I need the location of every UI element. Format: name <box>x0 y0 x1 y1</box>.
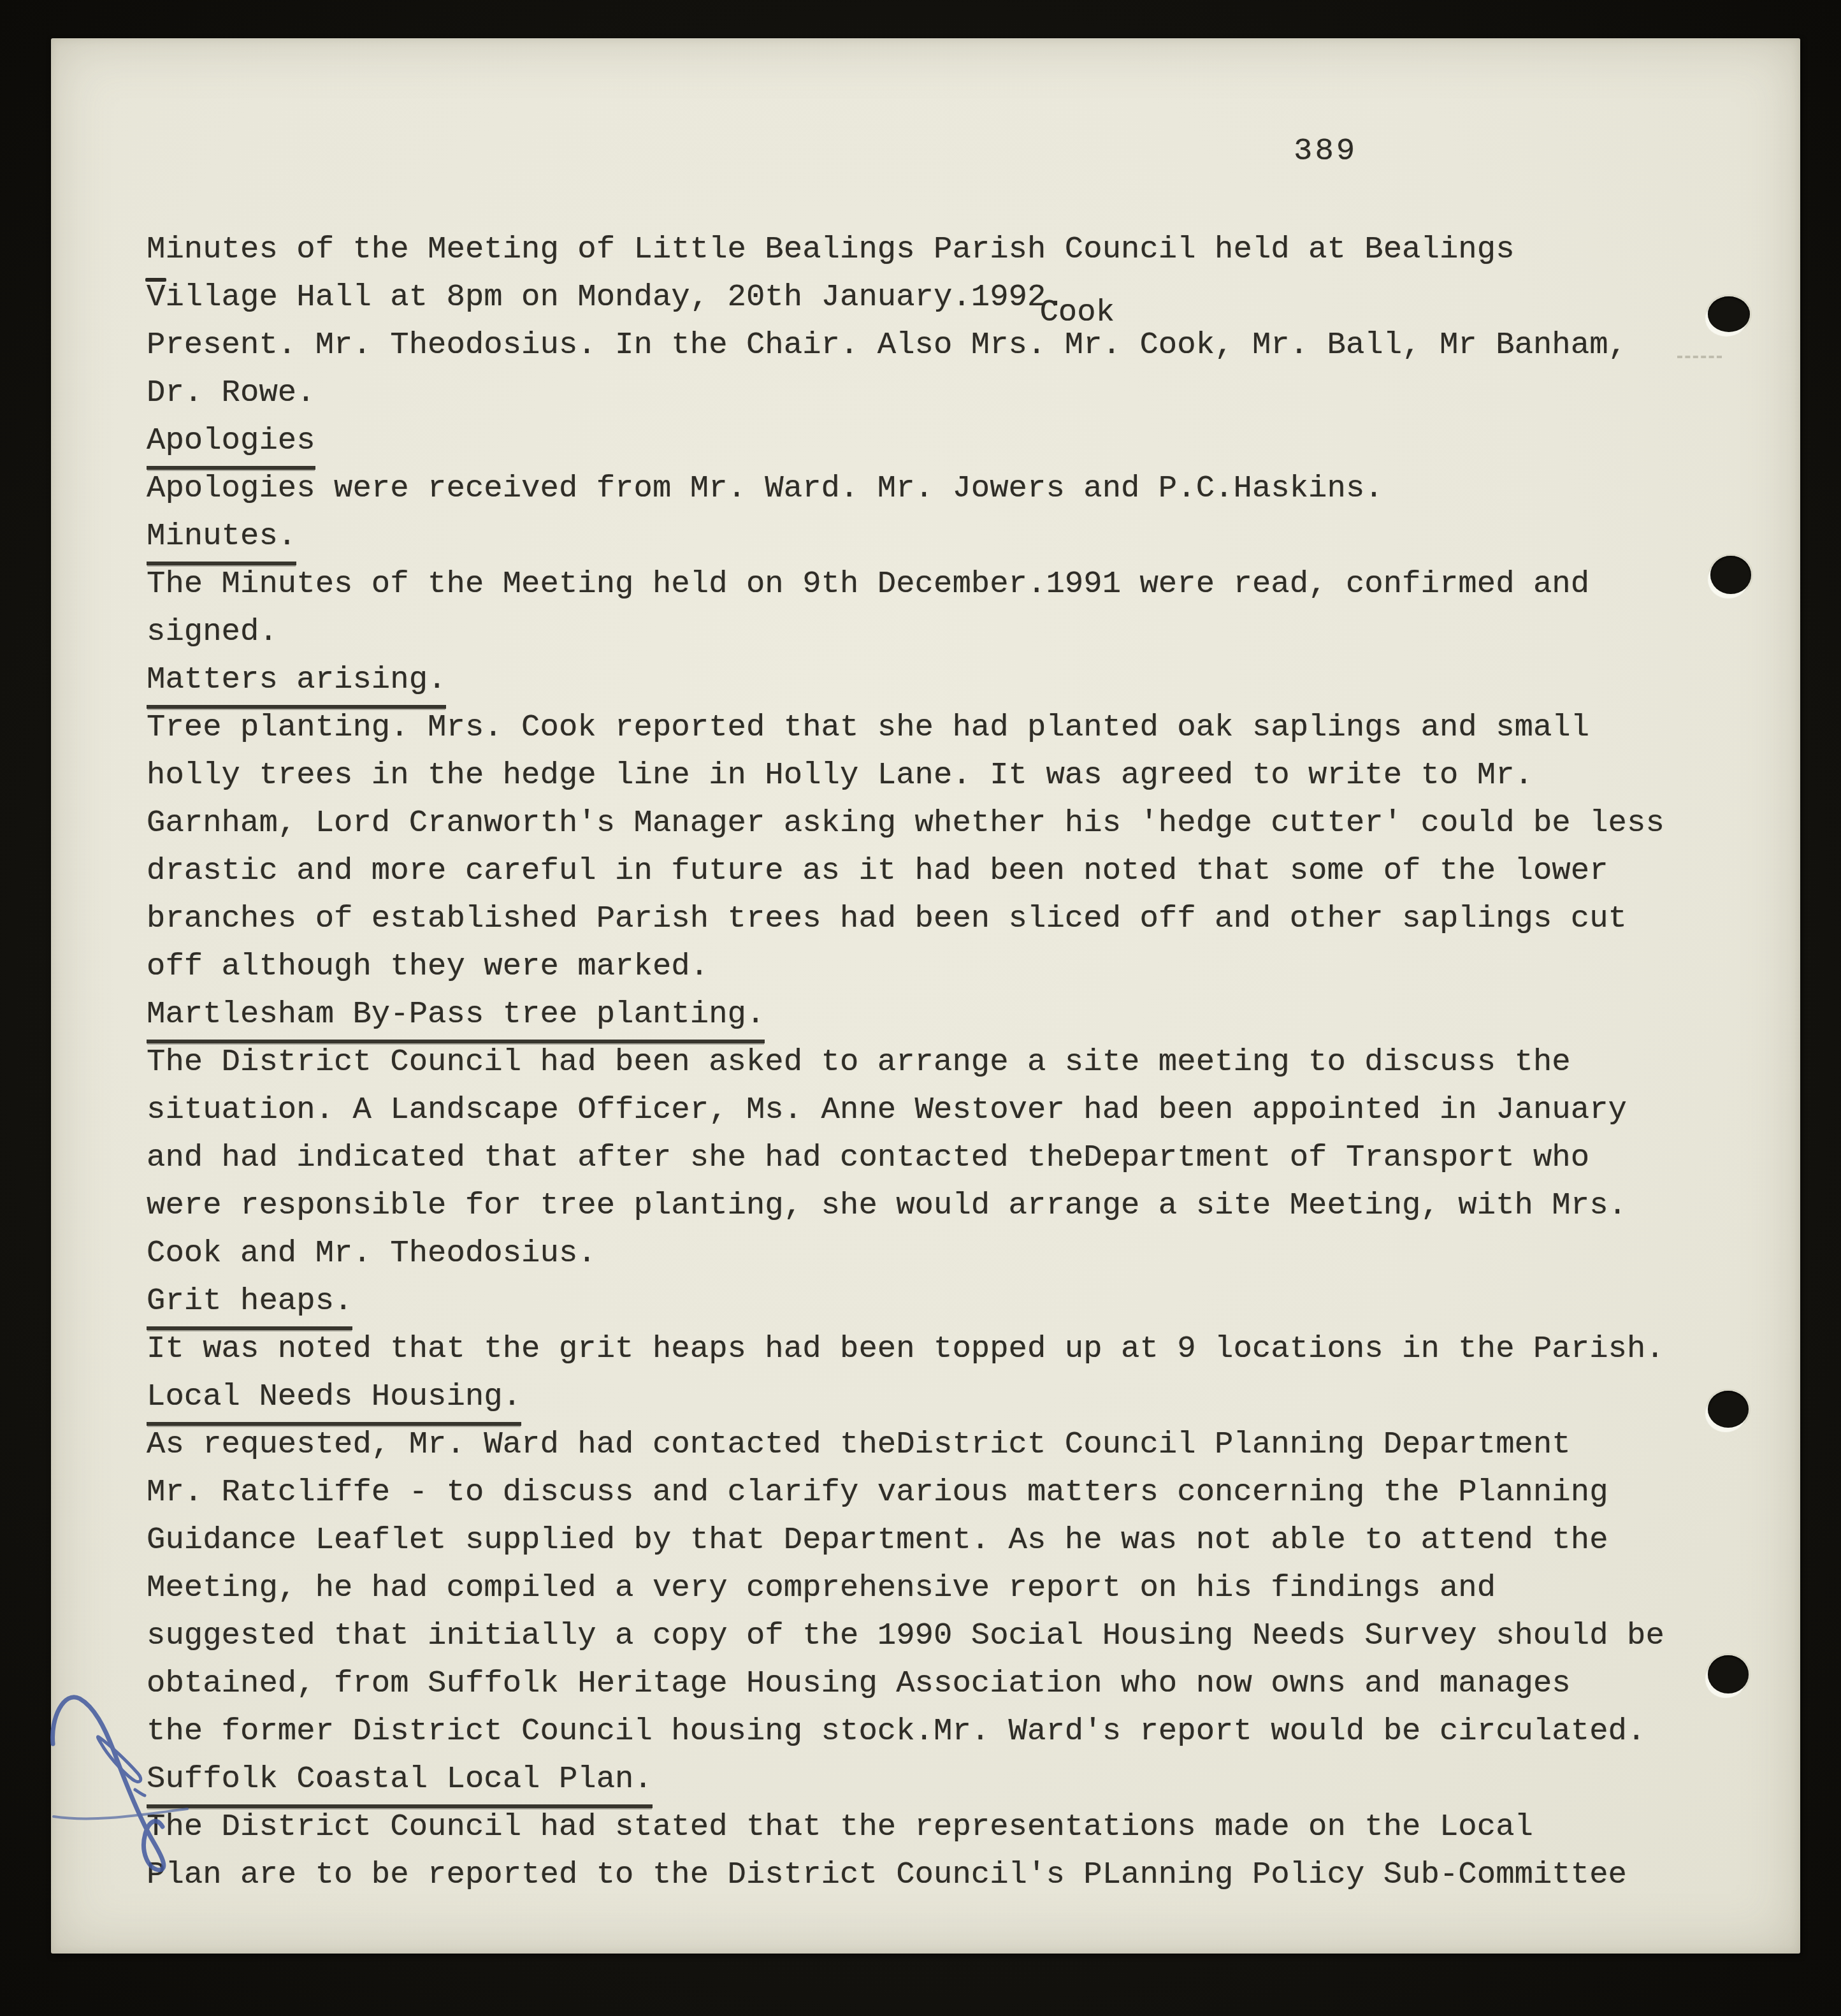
section-heading: Suffolk Coastal Local Plan. <box>147 1755 1752 1803</box>
text-line: obtained, from Suffolk Heritage Housing … <box>147 1660 1752 1708</box>
text-line: Cook and Mr. Theodosius. <box>147 1229 1752 1277</box>
text-line: branches of established Parish trees had… <box>147 895 1752 943</box>
text-line: Plan are to be reported to the District … <box>147 1851 1752 1899</box>
blue-pen-mark <box>51 1683 242 1925</box>
section-heading: Martlesham By-Pass tree planting. <box>147 990 1752 1038</box>
heading-text: Apologies <box>147 417 315 470</box>
heading-text: Minutes. <box>147 512 296 565</box>
text-line: Village Hall at 8pm on Monday, 20th Janu… <box>147 273 1752 321</box>
paper-sheet: 389 Minutes of the Meeting of Little Bea… <box>51 38 1800 1954</box>
document-body: Minutes of the Meeting of Little Bealing… <box>147 226 1752 1899</box>
hole-punch <box>1708 1391 1749 1428</box>
heading-text: Martlesham By-Pass tree planting. <box>147 990 765 1043</box>
section-heading: Apologies <box>147 417 1752 465</box>
section-heading: Local Needs Housing. <box>147 1373 1752 1421</box>
text-line: As requested, Mr. Ward had contacted the… <box>147 1421 1752 1468</box>
text-line: Dr. Rowe. <box>147 369 1752 417</box>
heading-text: Local Needs Housing. <box>147 1373 521 1426</box>
text-line: were responsible for tree planting, she … <box>147 1182 1752 1229</box>
text-line: signed. <box>147 608 1752 656</box>
text-line: drastic and more careful in future as it… <box>147 847 1752 895</box>
text-line: off although they were marked. <box>147 943 1752 990</box>
text-line: Tree planting. Mrs. Cook reported that s… <box>147 704 1752 751</box>
text-line: Guidance Leaflet supplied by that Depart… <box>147 1516 1752 1564</box>
heading-text: Matters arising. <box>147 656 446 709</box>
correction-overbar-mark <box>145 278 166 282</box>
text-line: The District Council had stated that the… <box>147 1803 1752 1851</box>
text-line: Mr. Ratcliffe - to discuss and clarify v… <box>147 1468 1752 1516</box>
text-line: Apologies were received from Mr. Ward. M… <box>147 465 1752 512</box>
text-line: Present. Mr. Theodosius. In the Chair. A… <box>147 321 1752 369</box>
text-line: situation. A Landscape Officer, Ms. Anne… <box>147 1086 1752 1134</box>
text-line: Meeting, he had compiled a very comprehe… <box>147 1564 1752 1612</box>
text-line: It was noted that the grit heaps had bee… <box>147 1325 1752 1373</box>
text-line: suggested that initially a copy of the 1… <box>147 1612 1752 1660</box>
pencil-mark <box>1677 356 1722 358</box>
text-line: The Minutes of the Meeting held on 9th D… <box>147 560 1752 608</box>
typed-insertion: Cook <box>1039 289 1115 337</box>
hole-punch <box>1708 296 1750 332</box>
hole-punch <box>1708 1655 1749 1693</box>
text-line: holly trees in the hedge line in Holly L… <box>147 751 1752 799</box>
text-line: The District Council had been asked to a… <box>147 1038 1752 1086</box>
heading-text: Grit heaps. <box>147 1277 352 1330</box>
text-line: Garnham, Lord Cranworth's Manager asking… <box>147 799 1752 847</box>
text-line: Minutes of the Meeting of Little Bealing… <box>147 226 1752 273</box>
hole-punch <box>1710 556 1751 594</box>
text-line: the former District Council housing stoc… <box>147 1708 1752 1755</box>
scanned-page: 389 Minutes of the Meeting of Little Bea… <box>0 0 1841 2016</box>
section-heading: Minutes. <box>147 512 1752 560</box>
page-number: 389 <box>1294 127 1357 175</box>
text-line: and had indicated that after she had con… <box>147 1134 1752 1182</box>
section-heading: Grit heaps. <box>147 1277 1752 1325</box>
section-heading: Matters arising. <box>147 656 1752 704</box>
